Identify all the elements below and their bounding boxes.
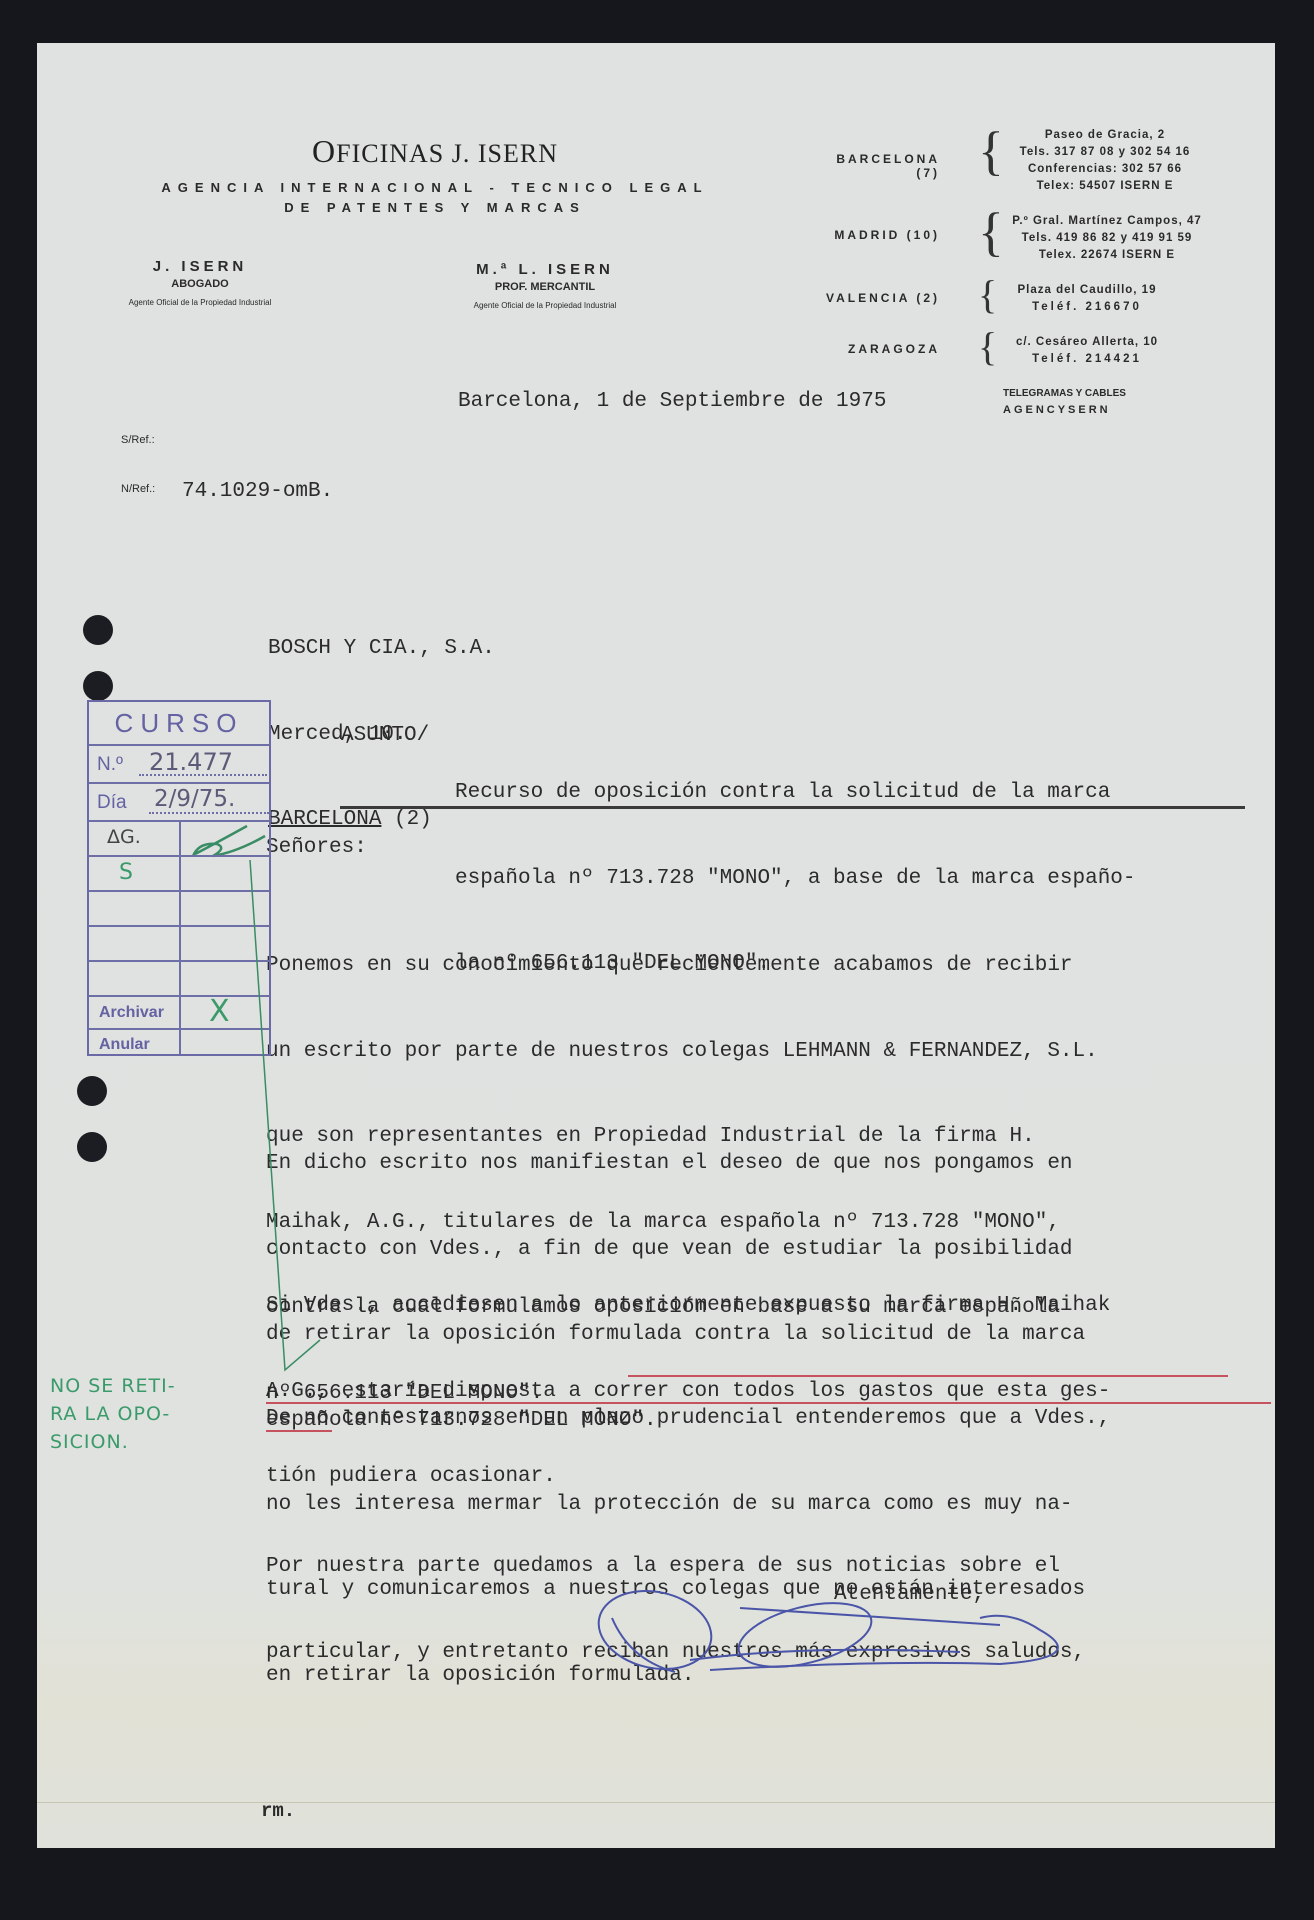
stamp-number-value: 21.477 (149, 748, 233, 776)
nref-label: N/Ref.: (121, 483, 155, 495)
stamp-title: CURSO (89, 708, 269, 739)
office-madrid-details: P.º Gral. Martínez Campos, 47 Tels. 419 … (992, 213, 1222, 264)
stamp-number-label: N.º (97, 754, 123, 776)
subject-rule (340, 806, 1245, 809)
punch-hole (83, 671, 113, 701)
office-madrid-city: MADRID (10) (810, 228, 940, 242)
signature (580, 1590, 1060, 1690)
firm-tagline-2: DE PATENTES Y MARCAS (60, 200, 810, 215)
stamp-row3-label: ΔG. (107, 826, 141, 848)
firm-name: OFICINAS J. ISERN (60, 133, 810, 170)
stamp-archive-label: Archivar (99, 1004, 164, 1022)
nref-value: 74.1029-omB. (182, 478, 333, 507)
punch-hole (77, 1076, 107, 1106)
firm-tagline-1: AGENCIA INTERNACIONAL - TECNICO LEGAL (60, 180, 810, 195)
green-annotation-line (240, 850, 330, 1380)
office-valencia-city: VALENCIA (2) (810, 291, 940, 305)
stamp-cancel-label: Anular (99, 1036, 150, 1054)
punch-hole (83, 615, 113, 645)
red-underline (266, 1430, 332, 1432)
sref-label: S/Ref.: (121, 434, 155, 446)
office-valencia-details: Plaza del Caudillo, 19 Teléf. 216670 (992, 282, 1182, 316)
stamp-archive-mark: X (209, 994, 230, 1029)
person-j-isern: J. ISERN ABOGADO Agente Oficial de la Pr… (100, 258, 300, 307)
telegram-address: AGENCYSERN (1003, 404, 1111, 416)
office-barcelona-city: BARCELONA (7) (810, 152, 940, 180)
punch-hole (77, 1132, 107, 1162)
person-ml-isern: M.ª L. ISERN PROF. MERCANTIL Agente Ofic… (430, 261, 660, 310)
red-underline (628, 1375, 1228, 1377)
stamp-day-label: Día (97, 792, 127, 814)
paper-fold-line (37, 1802, 1275, 1803)
red-underline (266, 1402, 1271, 1404)
telegram-label: TELEGRAMAS Y CABLES (1003, 388, 1126, 399)
letter-date: Barcelona, 1 de Septiembre de 1975 (458, 388, 886, 417)
office-zaragoza-city: ZARAGOZA (810, 342, 940, 356)
typist-initials: rm. (261, 1800, 295, 1822)
office-barcelona-details: Paseo de Gracia, 2 Tels. 317 87 08 y 302… (995, 127, 1215, 195)
margin-note: NO SE RETI- RA LA OPO- SICION. (50, 1372, 176, 1456)
subject-label: ASUNTO/ (341, 722, 429, 751)
office-zaragoza-details: c/. Cesáreo Allerta, 10 Teléf. 214421 (992, 334, 1182, 368)
stamp-day-value: 2/9/75. (154, 786, 235, 812)
stamp-row4-label: S (119, 860, 133, 885)
